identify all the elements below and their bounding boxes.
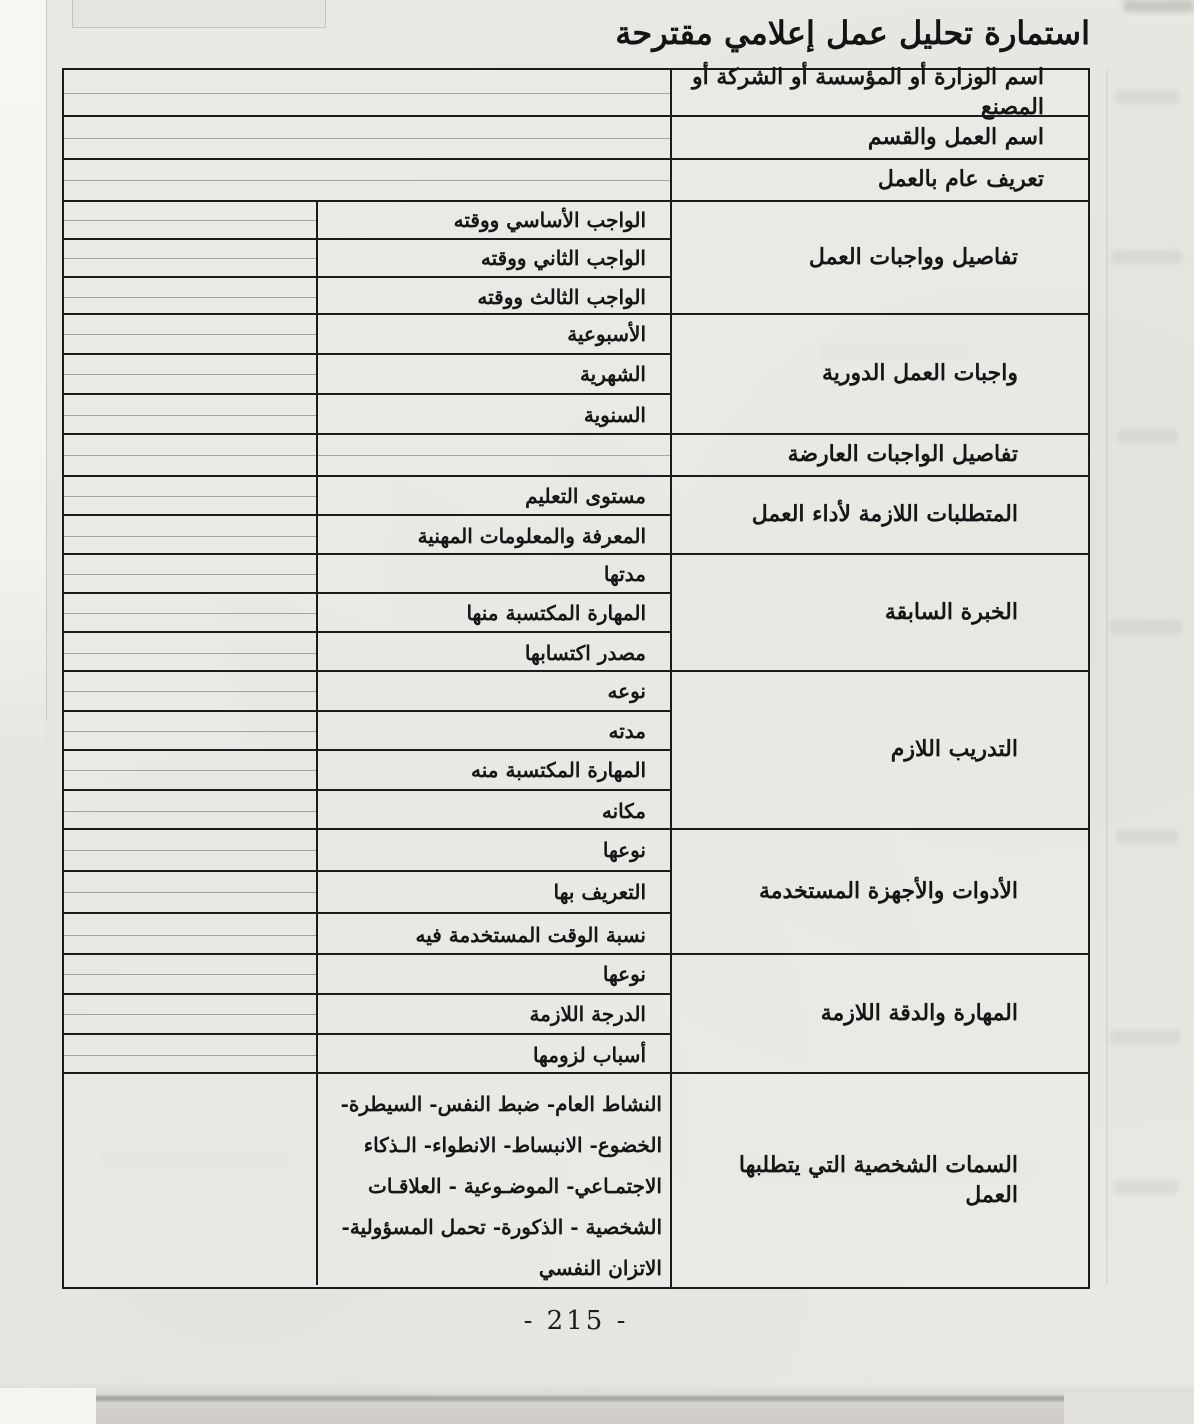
section-subrows: مستوى التعليم المعرفة والمعلومات المهنية	[64, 477, 670, 553]
subrow: أسباب لزومها	[64, 1035, 670, 1074]
subrow-label: الأسبوعية	[316, 315, 670, 353]
subrow-label: نسبة الوقت المستخدمة فيه	[316, 914, 670, 955]
subrow: مدتها	[64, 555, 670, 594]
fill-in-area	[64, 160, 670, 200]
ruled-line	[318, 455, 670, 456]
subrow: السنوية	[64, 395, 670, 435]
ruled-line	[64, 334, 316, 335]
bleedthrough-smudge	[1115, 90, 1179, 104]
form-section-previous-experience: الخبرة السابقة مدتها المهارة المكتسبة من…	[64, 555, 1088, 672]
section-subrows: نوعها الدرجة اللازمة أسباب لزومها	[64, 955, 670, 1072]
scan-bottom-right-corner	[1064, 1392, 1194, 1424]
section-label: التدريب اللازم	[670, 672, 1088, 828]
ruled-line	[64, 653, 316, 654]
fill-in-area	[64, 791, 316, 830]
fill-in-area	[64, 117, 670, 158]
subrow: نوعها	[64, 955, 670, 995]
section-subrows: مدتها المهارة المكتسبة منها مصدر اكتسابه…	[64, 555, 670, 670]
subrow-label: مدتها	[316, 555, 670, 592]
form-section-performance-requirements: المتطلبات اللازمة لأداء العمل مستوى التع…	[64, 477, 1088, 555]
ruled-line	[64, 496, 316, 497]
section-subrows: نوعها التعريف بها نسبة الوقت المستخدمة ف…	[64, 830, 670, 953]
subrow-label: مدته	[316, 712, 670, 749]
subrow-label: السنوية	[316, 395, 670, 435]
subrow: مستوى التعليم	[64, 477, 670, 516]
subrow: مكانه	[64, 791, 670, 830]
subrow-label: الواجب الأساسي ووقته	[316, 202, 670, 238]
section-subrows: الأسبوعية الشهرية السنوية	[64, 315, 670, 433]
ruled-line	[64, 613, 316, 614]
bleedthrough-smudge	[1112, 250, 1182, 264]
section-label: السمات الشخصية التي يتطلبها العمل	[670, 1074, 1088, 1287]
bleedthrough-smudge	[1118, 430, 1178, 443]
subrow-label: نوعها	[316, 955, 670, 993]
ruled-line	[64, 93, 670, 94]
ruled-line	[64, 374, 316, 375]
section-subrows	[64, 435, 670, 475]
traits-line: النشاط العام- ضبط النفس- السيطرة-	[324, 1084, 662, 1125]
subrow: المهارة المكتسبة منه	[64, 751, 670, 791]
subrow-label: نوعه	[316, 672, 670, 710]
traits-line: الخضوع- الانبساط- الانطواء- الـذكاء	[324, 1125, 662, 1166]
section-label: المهارة والدقة اللازمة	[670, 955, 1088, 1072]
ruled-line	[64, 415, 316, 416]
form-row-organization-name: اسم الوزارة أو المؤسسة أو الشركة أو المص…	[64, 70, 1088, 117]
fill-in-area	[64, 672, 316, 710]
subrow: النشاط العام- ضبط النفس- السيطرة- الخضوع…	[64, 1074, 670, 1285]
fill-in-area	[64, 516, 316, 555]
subrow-label: التعريف بها	[316, 872, 670, 912]
subrow-label: الشهرية	[316, 355, 670, 393]
subrow-label: مصدر اكتسابها	[316, 633, 670, 672]
subrow	[64, 435, 670, 475]
ruled-line	[64, 574, 316, 575]
fill-in-area	[64, 830, 316, 870]
subrow: نوعها	[64, 830, 670, 872]
subrow-label: مستوى التعليم	[316, 477, 670, 514]
fill-in-area	[64, 955, 316, 993]
fill-in-area	[64, 594, 316, 631]
form-section-skill-precision: المهارة والدقة اللازمة نوعها الدرجة اللا…	[64, 955, 1088, 1074]
ruled-line	[64, 850, 316, 851]
row-label: تفاصيل الواجبات العارضة	[670, 435, 1088, 475]
page-number: - 215 -	[62, 1306, 1090, 1336]
subrow-label: المهارة المكتسبة منها	[316, 594, 670, 631]
scan-bottom-left-corner	[0, 1388, 96, 1424]
ruled-line	[64, 455, 316, 456]
subrow-label: نوعها	[316, 830, 670, 870]
subrow: المهارة المكتسبة منها	[64, 594, 670, 633]
subrow: الواجب الأساسي ووقته	[64, 202, 670, 240]
fill-in-area	[64, 914, 316, 955]
fill-in-area	[64, 751, 316, 789]
traits-text: النشاط العام- ضبط النفس- السيطرة- الخضوع…	[316, 1074, 670, 1285]
bleedthrough-smudge	[1114, 1180, 1178, 1194]
bleedthrough-smudge	[1110, 620, 1182, 634]
job-analysis-form-table: اسم الوزارة أو المؤسسة أو الشركة أو المص…	[62, 68, 1090, 1289]
fill-in-area	[64, 712, 316, 749]
scan-left-edge-line	[46, 0, 47, 720]
scanned-document-page: { "page": { "title": "استمارة تحليل عمل …	[0, 0, 1194, 1424]
ruled-line	[64, 220, 316, 221]
subrow-label: أسباب لزومها	[316, 1035, 670, 1074]
ruled-line	[64, 1014, 316, 1015]
traits-line: الشخصية - الذكورة- تحمل المسؤولية-	[324, 1207, 662, 1248]
ruled-line	[64, 935, 316, 936]
form-row-general-definition: تعريف عام بالعمل	[64, 160, 1088, 202]
form-row-incidental-duties: تفاصيل الواجبات العارضة	[64, 435, 1088, 477]
section-subrows: النشاط العام- ضبط النفس- السيطرة- الخضوع…	[64, 1074, 670, 1287]
scan-left-edge	[0, 0, 46, 760]
subrow-label: المعرفة والمعلومات المهنية	[316, 516, 670, 555]
form-row-job-and-department: اسم العمل والقسم	[64, 117, 1088, 160]
subrow: نوعه	[64, 672, 670, 712]
bleedthrough-box	[72, 0, 326, 28]
section-subrows: نوعه مدته المهارة المكتسبة منه مكانه	[64, 672, 670, 828]
row-label: اسم العمل والقسم	[670, 117, 1088, 158]
subrow: نسبة الوقت المستخدمة فيه	[64, 914, 670, 955]
section-subrows: الواجب الأساسي ووقته الواجب الثاني ووقته…	[64, 202, 670, 313]
ruled-line	[64, 180, 670, 181]
subrow: الأسبوعية	[64, 315, 670, 355]
section-label: واجبات العمل الدورية	[670, 315, 1088, 433]
fill-in-area	[64, 435, 316, 475]
subrow: مدته	[64, 712, 670, 751]
subrow: الدرجة اللازمة	[64, 995, 670, 1035]
fill-in-area	[64, 240, 316, 276]
ruled-line	[64, 1055, 316, 1056]
fill-in-area	[64, 555, 316, 592]
ruled-line	[64, 770, 316, 771]
fill-in-area	[316, 435, 670, 475]
fill-in-area	[64, 355, 316, 393]
fill-in-area	[64, 995, 316, 1033]
subrow: الشهرية	[64, 355, 670, 395]
traits-line: الاتزان النفسي	[324, 1248, 662, 1289]
ruled-line	[64, 731, 316, 732]
fill-in-area	[64, 70, 670, 115]
ruled-line	[64, 974, 316, 975]
ruled-line	[64, 811, 316, 812]
fill-in-area	[64, 202, 316, 238]
subrow-label: مكانه	[316, 791, 670, 830]
section-label: تفاصيل وواجبات العمل	[670, 202, 1088, 313]
ruled-line	[64, 258, 316, 259]
scan-bottom-band	[0, 1382, 1194, 1424]
fill-in-area	[64, 633, 316, 672]
subrow-label: الواجب الثاني ووقته	[316, 240, 670, 276]
ruled-line	[64, 536, 316, 537]
scan-corner-shadow	[1124, 0, 1194, 12]
section-label: الأدوات والأجهزة المستخدمة	[670, 830, 1088, 953]
ruled-line	[64, 691, 316, 692]
subrow: مصدر اكتسابها	[64, 633, 670, 672]
fill-in-area	[64, 1035, 316, 1074]
subrow-label: الواجب الثالث ووقته	[316, 278, 670, 315]
page-title: استمارة تحليل عمل إعلامي مقترحة	[615, 14, 1090, 52]
ruled-line	[64, 138, 670, 139]
fill-in-area	[64, 1074, 316, 1285]
traits-line: الاجتمـاعي- الموضـوعية - العلاقـات	[324, 1166, 662, 1207]
subrow: المعرفة والمعلومات المهنية	[64, 516, 670, 555]
section-label: الخبرة السابقة	[670, 555, 1088, 670]
bleedthrough-smudge	[1110, 1030, 1180, 1044]
form-section-tools-devices: الأدوات والأجهزة المستخدمة نوعها التعريف…	[64, 830, 1088, 955]
bleedthrough-smudge	[1116, 830, 1178, 843]
form-section-periodic-duties: واجبات العمل الدورية الأسبوعية الشهرية ا…	[64, 315, 1088, 435]
row-label: اسم الوزارة أو المؤسسة أو الشركة أو المص…	[670, 70, 1088, 115]
scan-bottom-streak	[0, 1396, 1194, 1401]
bleedthrough-line	[1106, 70, 1108, 1285]
fill-in-area	[64, 477, 316, 514]
row-label: تعريف عام بالعمل	[670, 160, 1088, 200]
subrow: الواجب الثاني ووقته	[64, 240, 670, 278]
ruled-line	[64, 297, 316, 298]
form-section-work-duties: تفاصيل وواجبات العمل الواجب الأساسي ووقت…	[64, 202, 1088, 315]
form-section-personal-traits: السمات الشخصية التي يتطلبها العمل النشاط…	[64, 1074, 1088, 1287]
fill-in-area	[64, 395, 316, 435]
form-section-required-training: التدريب اللازم نوعه مدته المهارة المكتسب…	[64, 672, 1088, 830]
subrow-label: الدرجة اللازمة	[316, 995, 670, 1033]
subrow: الواجب الثالث ووقته	[64, 278, 670, 315]
section-label: المتطلبات اللازمة لأداء العمل	[670, 477, 1088, 553]
fill-in-area	[64, 872, 316, 912]
subrow-label: المهارة المكتسبة منه	[316, 751, 670, 789]
fill-in-area	[64, 315, 316, 353]
ruled-line	[64, 892, 316, 893]
fill-in-area	[64, 278, 316, 315]
subrow: التعريف بها	[64, 872, 670, 914]
